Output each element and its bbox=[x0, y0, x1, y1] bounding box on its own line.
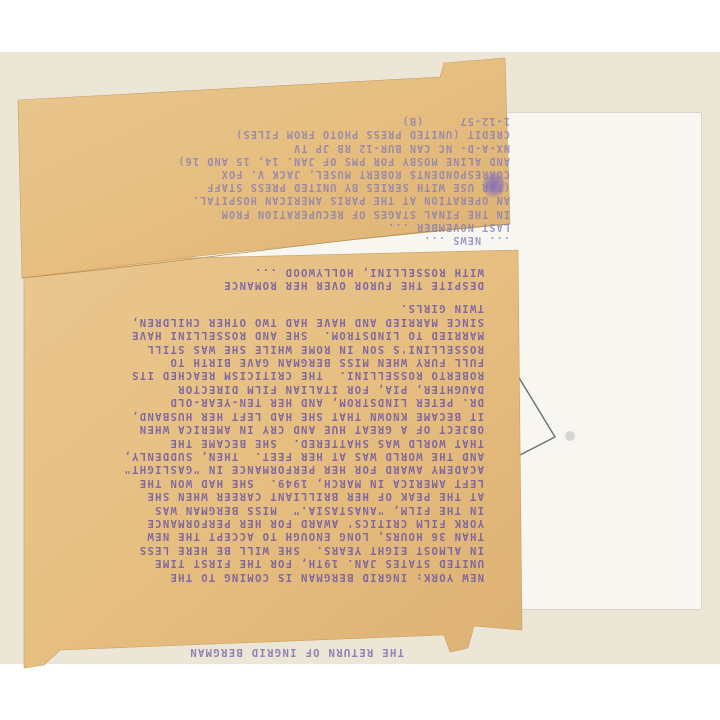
caption-line: DAUGHTER, PIA, FOR ITALIAN FILM DIRECTOR bbox=[24, 382, 484, 395]
strip-line: LAST NOVEMBER ... bbox=[40, 220, 510, 233]
caption-line: IN THE FILM, "ANASTASIA." MISS BERGMAN W… bbox=[24, 502, 484, 515]
caption-line: LEFT AMERICA IN MARCH, 1949. SHE HAD WON… bbox=[24, 475, 484, 488]
caption-line: AT THE PEAK OF HER BRILLIANT CAREER WHEN… bbox=[24, 489, 484, 502]
strip-line: AND ALINE MOSBY FOR PMS OF JAN. 14, 15 A… bbox=[40, 154, 510, 167]
strip-line: NX-A-D- NC CAN BUR-12 RB JP TV bbox=[40, 140, 510, 153]
caption-line: YORK FILM CRITICS' AWARD FOR HER PERFORM… bbox=[24, 516, 484, 529]
caption-text: THE RETURN OF INGRID BERGMAN NEW YORK: I… bbox=[24, 270, 524, 660]
caption-line: IN ALMOST EIGHT YEARS. SHE WILL BE HERE … bbox=[24, 542, 484, 555]
caption-strip-text: ... NEWS ... LAST NOVEMBER ... IN THE FI… bbox=[40, 86, 510, 246]
caption-line: ROBERTO ROSSELLINI. THE CRITICISM REACHE… bbox=[24, 368, 484, 381]
caption-body: NEW YORK: INGRID BERGMAN IS COMING TO TH… bbox=[24, 264, 484, 582]
caption-line: THAN 36 HOURS, LONG ENOUGH TO ACCEPT THE… bbox=[24, 529, 484, 542]
caption-line: IT BECAME KNOWN THAT SHE HAD LEFT HER HU… bbox=[24, 408, 484, 421]
caption-line: DESPITE THE FUROR OVER HER ROMANCE bbox=[24, 278, 484, 291]
strip-line: IN THE FINAL STAGES OF RECUPERATION FROM bbox=[40, 206, 510, 219]
caption-line: OBJECT OF A GREAT HUE AND CRY IN AMERICA… bbox=[24, 422, 484, 435]
strip-line: (FOR USE WITH SERIES BY UNITED PRESS STA… bbox=[40, 180, 510, 193]
strip-line: ... NEWS ... bbox=[40, 233, 510, 246]
strip-line: 1-12-57 (B) bbox=[40, 114, 510, 127]
caption-line: NEW YORK: INGRID BERGMAN IS COMING TO TH… bbox=[24, 569, 484, 582]
caption-title: THE RETURN OF INGRID BERGMAN bbox=[24, 645, 404, 658]
caption-line: ROSSELLINI'S SON IN ROME WHILE SHE WAS S… bbox=[24, 341, 484, 354]
caption-line: UNITED STATES JAN. 19TH, FOR THE FIRST T… bbox=[24, 556, 484, 569]
caption-line: THAT WORLD WAS SHATTERED. SHE BECAME THE bbox=[24, 435, 484, 448]
caption-line: FULL FURY WHEN MISS BERGMAN GAVE BIRTH T… bbox=[24, 355, 484, 368]
caption-line: ACADEMY AWARD FOR HER PERFORMANCE IN "GA… bbox=[24, 462, 484, 475]
caption-line: DR. PETER LINDSTROM, AND HER TEN-YEAR-OL… bbox=[24, 395, 484, 408]
strip-line: CREDIT (UNITED PRESS PHOTO FROM FILES) bbox=[40, 127, 510, 140]
caption-line: AND THE WORLD WAS AT HER FEET. THEN, SUD… bbox=[24, 449, 484, 462]
caption-line: MARRIED TO LINDSTROM. SHE AND ROSSELLINI… bbox=[24, 328, 484, 341]
strip-line: AN OPERATION AT THE PARIS AMERICAN HOSPI… bbox=[40, 193, 510, 206]
strip-line: CORRESPONDENTS ROBERT MUSEL, JACK V. FOX bbox=[40, 167, 510, 180]
caption-line: WITH ROSSELLINI, HOLLYWOOD ... bbox=[24, 264, 484, 277]
caption-line: TWIN GIRLS. bbox=[24, 301, 484, 314]
caption-line: SINCE MARRIED AND HAVE HAD TWO OTHER CHI… bbox=[24, 314, 484, 327]
